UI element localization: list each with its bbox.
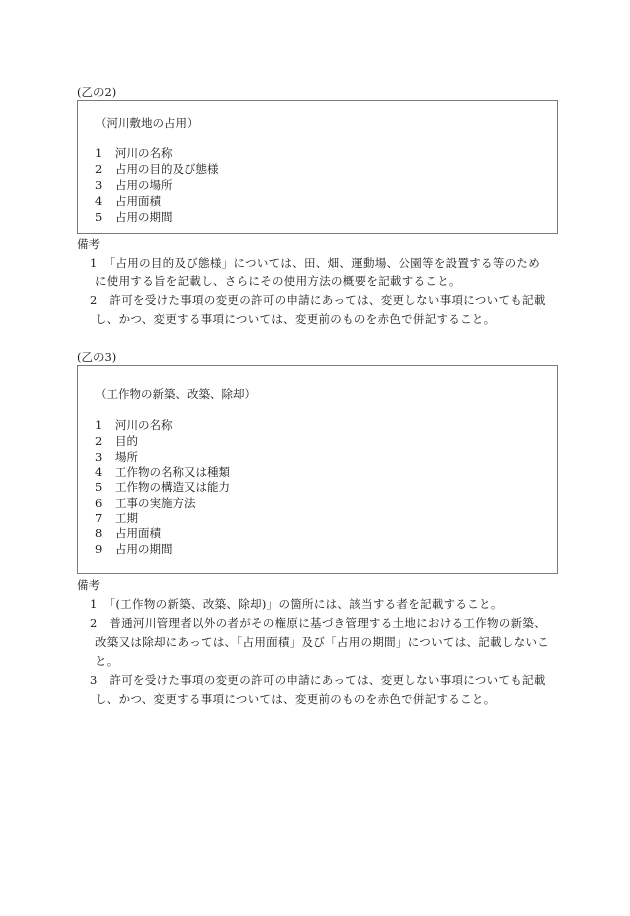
section2-remark-1-line-1: 1 「占用の目的及び態様」については、田、畑、運動場、公園等を設置する等のため [90, 255, 540, 271]
section3-item: 2目的 [95, 433, 138, 449]
section3-remark-2-line-2: 改築又は除却にあっては、「占用面積」及び「占用の期間」については、記載しないこ [95, 634, 549, 650]
section2-label: (乙の2) [77, 84, 116, 100]
section3-item: 6工事の実施方法 [95, 495, 196, 511]
section3-label: (乙の3) [77, 349, 116, 365]
section2-box-title: （河川敷地の占用） [95, 115, 199, 131]
section2-item: 5占用の期間 [95, 209, 173, 225]
section2-item: 4占用面積 [95, 193, 161, 209]
section3-box-title: （工作物の新築、改築、除却） [95, 386, 256, 402]
section2-remark-2-line-2: し、かつ、変更する事項については、変更前のものを赤色で併記すること。 [95, 311, 496, 327]
section2-remarks-heading: 備考 [77, 236, 100, 252]
section2-remark-1-line-2: に使用する旨を記載し、さらにその使用方法の概要を記載すること。 [95, 273, 461, 289]
section3-remark-2-line-3: と。 [95, 653, 119, 669]
section3-remark-3-line-1: 3 許可を受けた事項の変更の許可の申請にあっては、変更しない事項についても記載 [90, 672, 546, 688]
section3-item: 7工期 [95, 510, 138, 526]
section3-remarks-heading: 備考 [77, 577, 100, 593]
section3-item: 1河川の名称 [95, 417, 173, 433]
section3-item: 3場所 [95, 449, 138, 465]
section2-item: 2占用の目的及び態様 [95, 161, 219, 177]
section3-form-box: （工作物の新築、改築、除却） 1河川の名称 2目的 3場所 4工作物の名称又は種… [77, 365, 558, 574]
section2-item: 1河川の名称 [95, 145, 173, 161]
section3-item: 8占用面積 [95, 525, 161, 541]
section3-item: 9占用の期間 [95, 541, 173, 557]
section2-remark-2-line-1: 2 許可を受けた事項の変更の許可の申請にあっては、変更しない事項についても記載 [90, 292, 546, 308]
section3-item: 4工作物の名称又は種類 [95, 464, 230, 480]
section3-remark-1-line-1: 1 「(工作物の新築、改築、除却)」の箇所には、該当する者を記載すること。 [90, 596, 503, 612]
section2-form-box: （河川敷地の占用） 1河川の名称 2占用の目的及び態様 3占用の場所 4占用面積… [77, 100, 558, 234]
section3-remark-2-line-1: 2 普通河川管理者以外の者がその権原に基づき管理する土地における工作物の新築、 [90, 615, 546, 631]
section3-item: 5工作物の構造又は能力 [95, 479, 230, 495]
section3-remark-3-line-2: し、かつ、変更する事項については、変更前のものを赤色で併記すること。 [95, 691, 496, 707]
section2-item: 3占用の場所 [95, 177, 173, 193]
